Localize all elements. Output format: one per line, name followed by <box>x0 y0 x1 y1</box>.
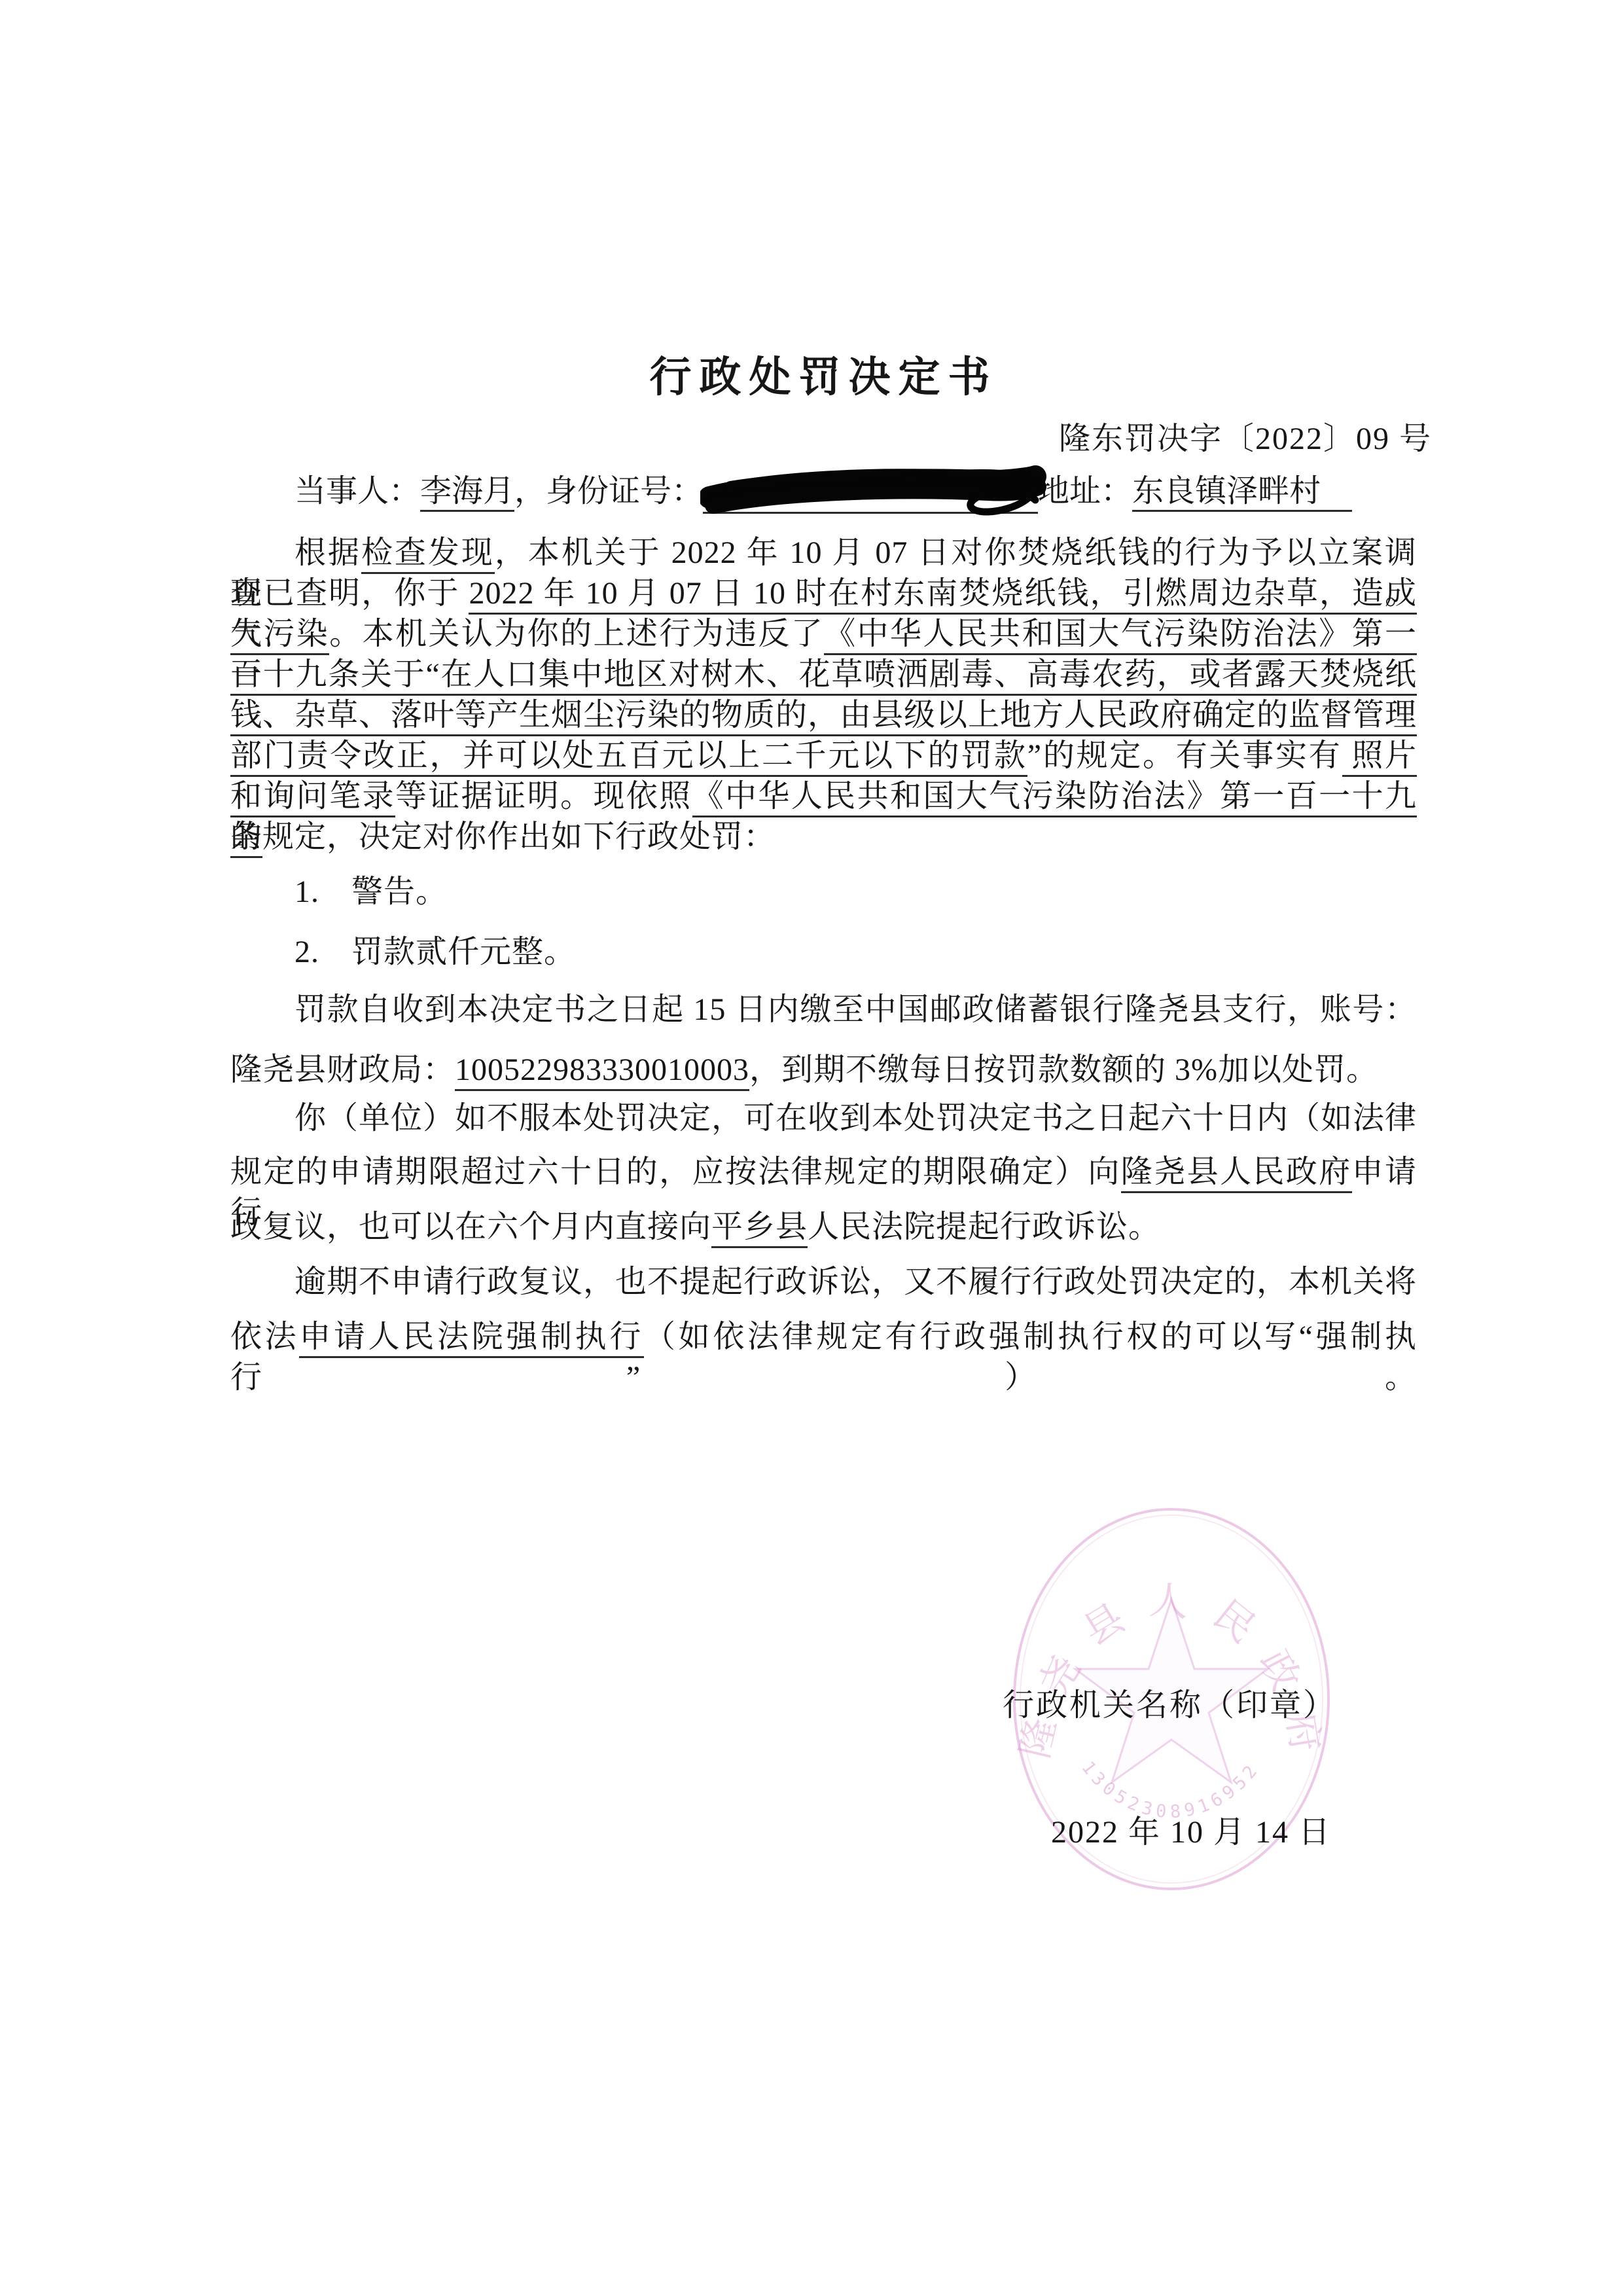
payment-line-2: 隆尧县财政局：100522983330010003，到期不缴每日按罚款数额的 3… <box>230 1050 1417 1090</box>
redaction-scribble-icon <box>700 459 1054 522</box>
facts-line-3: 气污染。本机关认为你的上述行为违反了《中华人民共和国大气污染防治法》第一百 <box>230 614 1417 655</box>
party-name: 李海月 <box>420 474 514 512</box>
party-info-line: 当事人：李海月，身份证号： 地址：东良镇泽畔村 <box>294 469 1352 525</box>
text-segment: 1. 警告。 <box>294 874 448 909</box>
facts-line-7: 和询问笔录等证据证明。现依照《中华人民共和国大气污染防治法》第一百一十九条 <box>230 776 1417 817</box>
facts-line-8: 的规定，决定对你作出如下行政处罚： <box>230 817 1417 857</box>
appeal-line-2: 规定的申请期限超过六十日的，应按法律规定的期限确定）向隆尧县人民政府申请行 <box>230 1152 1417 1193</box>
penalty-item-2: 2. 罚款贰仟元整。 <box>230 932 1417 973</box>
party-label: 当事人： <box>294 474 420 509</box>
text-segment: 的规定，决定对你作出如下行政处罚： <box>230 819 776 854</box>
org-signature-label: 行政机关名称（印章） <box>1003 1679 1336 1725</box>
text-segment: 政复议，也可以在六个月内直接向 <box>230 1210 711 1244</box>
filled-blank-text: 部门责令改正，并可以处五百元以上二千元以下的罚款 <box>230 738 1027 777</box>
appeal-line-3: 政复议，也可以在六个月内直接向平乡县人民法院提起行政诉讼。 <box>230 1207 1417 1247</box>
text-segment: 罚款自收到本决定书之日起 15 日内缴至中国邮政储蓄银行隆尧县支行，账号： <box>294 992 1417 1027</box>
facts-line-2: 现已查明，你于 2022 年 10 月 07 日 10 时在村东南焚烧纸钱，引燃… <box>230 573 1417 614</box>
text-segment: ”的规定。有关事实有 <box>1027 738 1342 773</box>
text-segment: 。本机关认为你的上述行为违反了 <box>329 617 824 651</box>
filled-blank-text: 钱、杂草、落叶等产生烟尘污染的物质的，由县级以上地方人民政府确定的监督管理 <box>230 698 1417 736</box>
filled-blank-text: 100522983330010003 <box>455 1052 749 1091</box>
text-segment: 2. 罚款贰仟元整。 <box>294 935 576 969</box>
redacted-id-scribble <box>703 469 1038 514</box>
facts-line-5: 钱、杂草、落叶等产生烟尘污染的物质的，由县级以上地方人民政府确定的监督管理 <box>230 695 1417 736</box>
id-label: ，身份证号： <box>514 474 703 509</box>
text-segment: 你（单位）如不服本处罚决定，可在收到本处罚决定书之日起六十日内（如法律 <box>294 1101 1417 1136</box>
enforcement-line-2: 依法申请人民法院强制执行（如依法律规定有行政强制执行权的可以写“强制执行”）。 <box>230 1317 1417 1357</box>
facts-line-4: 一十九条关于“在人口集中地区对树木、花草喷洒剧毒、高毒农药，或者露天焚烧纸 <box>230 655 1417 695</box>
filled-blank-text: 一十九条关于“在人口集中地区对树木、花草喷洒剧毒、高毒农药，或者露天焚烧纸 <box>230 657 1417 696</box>
text-segment: 人民法院提起行政诉讼。 <box>808 1210 1160 1244</box>
filled-blank-text: 气污染 <box>230 617 329 655</box>
scanned-document-page: 行政处罚决定书 隆东罚决字〔2022〕09 号 当事人：李海月，身份证号： 地址… <box>0 0 1623 2296</box>
text-segment: 现已查明，你于 <box>230 576 469 611</box>
payment-line-1: 罚款自收到本决定书之日起 15 日内缴至中国邮政储蓄银行隆尧县支行，账号： <box>230 990 1417 1030</box>
filled-blank-text: 检查发现 <box>361 535 495 574</box>
facts-line-1: 根据检查发现，本机关于 2022 年 10 月 07 日对你焚烧纸钱的行为予以立… <box>230 533 1417 573</box>
document-number: 隆东罚决字〔2022〕09 号 <box>230 419 1432 459</box>
text-segment: 规定的申请期限超过六十日的，应按法律规定的期限确定）向 <box>230 1155 1121 1189</box>
text-segment: 逾期不申请行政复议，也不提起行政诉讼，又不履行行政处罚决定的，本机关将 <box>294 1265 1417 1299</box>
enforcement-line-1: 逾期不申请行政复议，也不提起行政诉讼，又不履行行政处罚决定的，本机关将 <box>230 1262 1417 1302</box>
filled-blank-text: 平乡县 <box>711 1210 808 1248</box>
seal-ring-text: 隆尧县人民政府 <box>1013 1579 1330 1777</box>
text-segment: ，到期不缴每日按罚款数额的 3%加以处罚。 <box>749 1052 1378 1087</box>
party-address: 东良镇泽畔村 <box>1132 474 1352 512</box>
filled-blank-text: 和询问笔录 <box>230 779 395 817</box>
text-segment: 依法 <box>230 1319 299 1354</box>
text-segment: 根据 <box>294 535 361 570</box>
penalty-item-1: 1. 警告。 <box>230 872 1417 912</box>
facts-line-6: 部门责令改正，并可以处五百元以上二千元以下的罚款”的规定。有关事实有 照片 <box>230 736 1417 776</box>
decision-date: 2022 年 10 月 14 日 <box>1051 1806 1331 1852</box>
text-segment: 隆尧县财政局： <box>230 1052 455 1087</box>
text-segment: 等证据证明。现依照 <box>395 779 692 814</box>
filled-blank-text: 隆尧县人民政府 <box>1121 1155 1352 1193</box>
filled-blank-text: 申请人民法院强制执行 <box>299 1319 644 1358</box>
document-title: 行政处罚决定书 <box>230 353 1417 402</box>
filled-blank-text: 照片 <box>1342 738 1417 777</box>
appeal-line-1: 你（单位）如不服本处罚决定，可在收到本处罚决定书之日起六十日内（如法律 <box>230 1098 1417 1139</box>
